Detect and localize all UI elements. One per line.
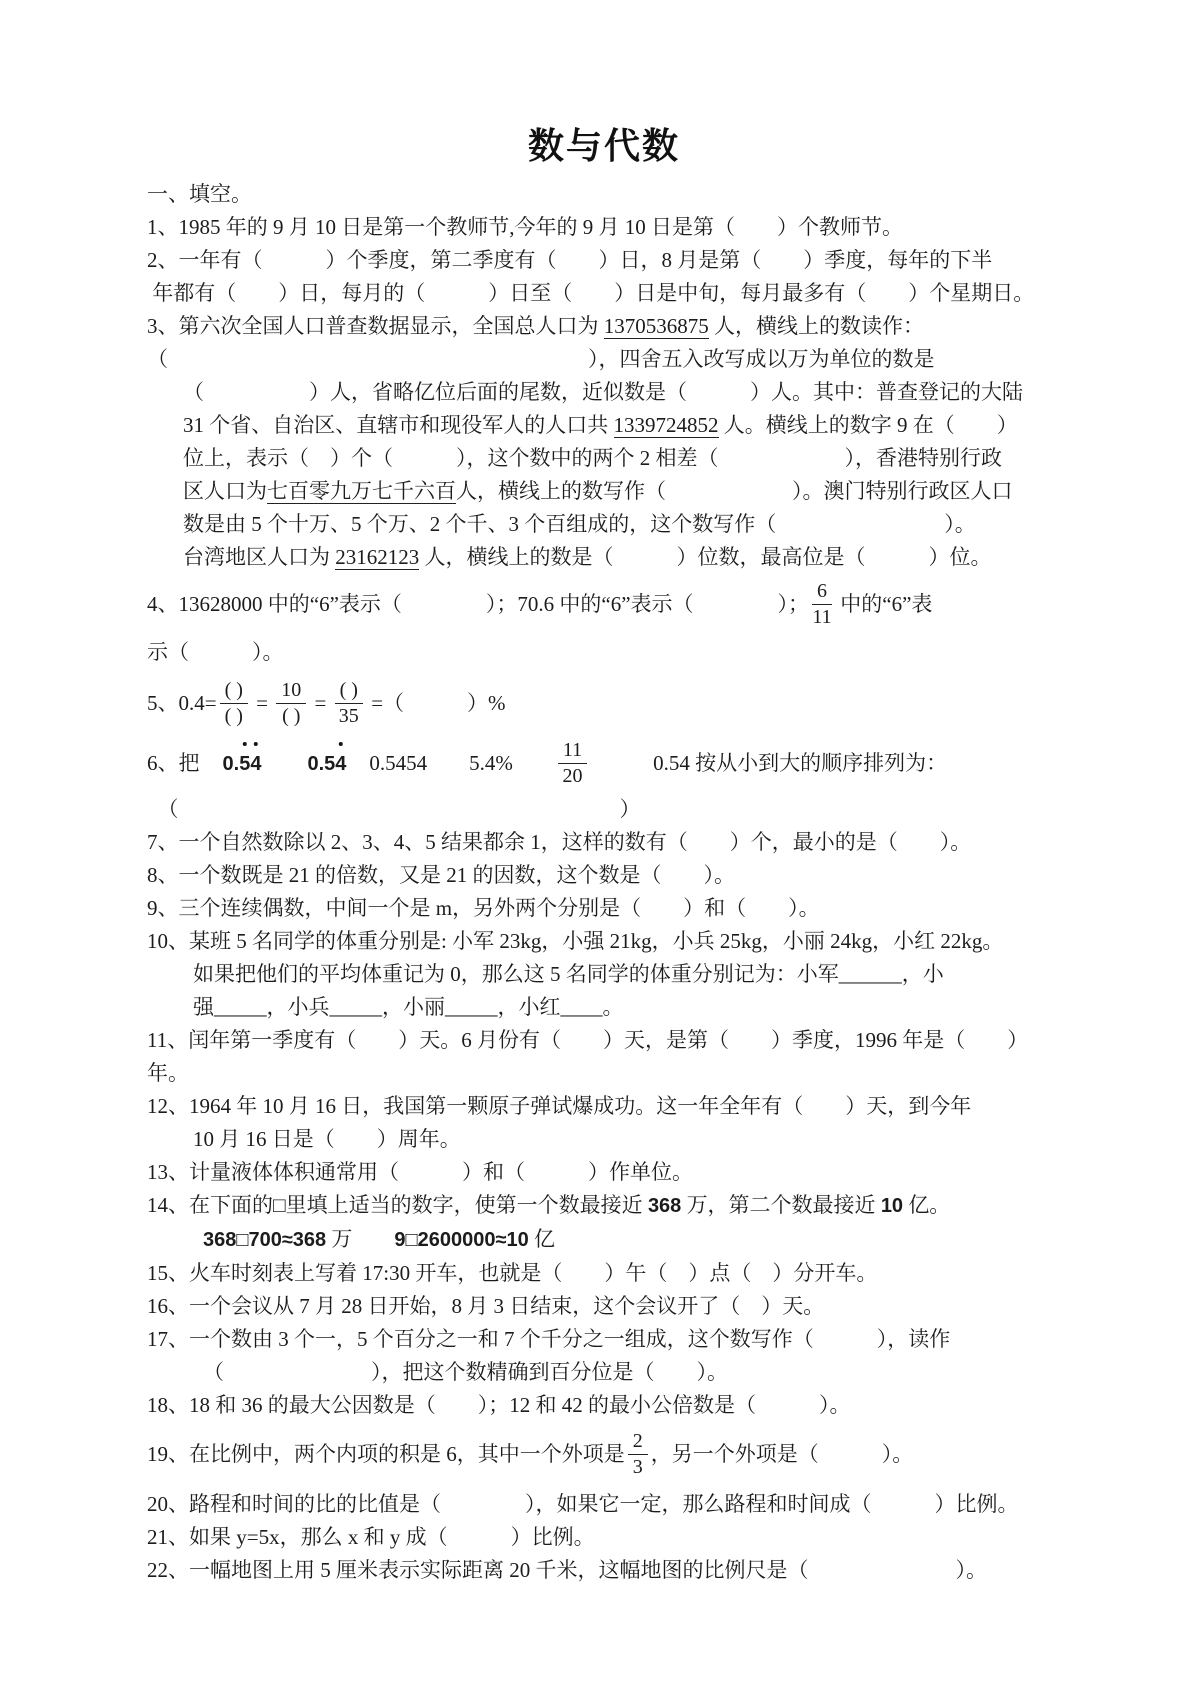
text-run: 6、把 — [147, 751, 221, 775]
text-run: 22、一幅地图上用 5 厘米表示实际距离 20 千米，这幅地图的比例尺是（ ）。 — [147, 1558, 987, 1582]
line-q17b: （ ），把这个数精确到百分位是（ ）。 — [203, 1356, 1061, 1389]
digit: 4 — [250, 748, 261, 781]
underlined-number: 1370536875 — [604, 314, 709, 339]
text-run: 万，第二个数最接近 — [681, 1193, 881, 1217]
line-q3f: 区人口为七百零九万七千六百人，横线上的数写作（ ）。澳门特别行政区人口 — [183, 475, 1061, 508]
fraction-numerator: ( ) — [220, 679, 248, 704]
line-q8: 8、一个数既是 21 的倍数，又是 21 的因数，这个数是（ ）。 — [147, 859, 1061, 892]
fraction-numerator: ( ) — [335, 679, 363, 704]
line-q11a: 11、闰年第一季度有（ ）天。6 月份有（ ）天，是第（ ）季度，1996 年是… — [147, 1024, 1061, 1057]
underlined-number: 1339724852 — [614, 413, 719, 438]
line-q21: 21、如果 y=5x，那么 x 和 y 成（ ）比例。 — [147, 1521, 1061, 1554]
text-run: = — [309, 691, 331, 715]
line-q17a: 17、一个数由 3 个一，5 个百分之一和 7 个千分之一组成，这个数写作（ ）… — [147, 1323, 1061, 1356]
page-title: 数与代数 — [147, 122, 1061, 170]
text-run: 15、火车时刻表上写着 17:30 开车，也就是（ ）午（ ）点（ ）分开车。 — [147, 1261, 877, 1285]
fraction-numerator: 6 — [812, 580, 832, 605]
fraction: 1120 — [558, 739, 587, 787]
text-run: 11、闰年第一季度有（ ）天。6 月份有（ ）天，是第（ ）季度，1996 年是… — [147, 1028, 1028, 1052]
text-run: 2、一年有（ ）个季度，第二季度有（ ）日，8 月是第（ ）季度，每年的下半 — [147, 248, 992, 272]
repeating-decimal: 0.54 — [223, 748, 262, 781]
digit: 4 — [335, 748, 346, 781]
line-q20: 20、路程和时间的比的比值是（ ），如果它一定，那么路程和时间成（ ）比例。 — [147, 1488, 1061, 1521]
text-run: 数是由 5 个十万、5 个万、2 个千、3 个百组成的，这个数写作（ ）。 — [183, 512, 976, 536]
questions-body: 1、1985 年的 9 月 10 日是第一个教师节,今年的 9 月 10 日是第… — [147, 211, 1061, 1587]
fraction: 10( ) — [276, 679, 306, 727]
text-run: 18、18 和 36 的最大公因数是（ ）；12 和 42 的最小公倍数是（ ）… — [147, 1393, 851, 1417]
line-q12a: 12、1964 年 10 月 16 日，我国第一颗原子弹试爆成功。这一年全年有（… — [147, 1090, 1061, 1123]
text-run: 人，横线上的数读作： — [709, 314, 924, 338]
text-run: 14、在下面的□里填上适当的数字，使第一个数最接近 — [147, 1193, 648, 1217]
section-heading: 一、填空。 — [147, 178, 1061, 211]
fraction-denominator: 3 — [633, 1455, 643, 1478]
text-run: 19、在比例中，两个内项的积是 6，其中一个外项是 — [147, 1442, 625, 1466]
text-run: 12、1964 年 10 月 16 日，我国第一颗原子弹试爆成功。这一年全年有（… — [147, 1094, 971, 1118]
line-q22: 22、一幅地图上用 5 厘米表示实际距离 20 千米，这幅地图的比例尺是（ ）。 — [147, 1554, 1061, 1587]
digit: 5 — [239, 748, 250, 781]
underlined-number: 七百零九万七千六百 — [267, 479, 456, 504]
text-run: 21、如果 y=5x，那么 x 和 y 成（ ）比例。 — [147, 1525, 595, 1549]
line-q14b: 368□700≈368 万 9□2600000≈10 亿 — [203, 1223, 1061, 1257]
line-q3d: 31 个省、自治区、直辖市和现役军人的人口共 1339724852 人。横线上的… — [183, 409, 1061, 442]
line-q2a: 2、一年有（ ）个季度，第二季度有（ ）日，8 月是第（ ）季度，每年的下半 — [147, 244, 1061, 277]
line-q10c: 强_____，小兵_____，小丽_____，小红____。 — [193, 991, 1061, 1024]
text-run: 31 个省、自治区、直辖市和现役军人的人口共 — [183, 413, 614, 437]
line-q12b: 10 月 16 日是（ ）周年。 — [193, 1123, 1061, 1156]
fraction: 23 — [628, 1430, 648, 1478]
text-run: 位上，表示（ ）个（ ），这个数中的两个 2 相差（ ），香港特别行政 — [183, 446, 1002, 470]
text-run: 万 — [326, 1227, 394, 1251]
bold-number: 9□2600000≈10 — [394, 1229, 528, 1251]
line-q14a: 14、在下面的□里填上适当的数字，使第一个数最接近 368 万，第二个数最接近 … — [147, 1189, 1061, 1223]
text-run: 5、0.4= — [147, 691, 217, 715]
bold-number: 10 — [881, 1195, 903, 1217]
text-run: 7、一个自然数除以 2、3、4、5 结果都余 1，这样的数有（ ）个，最小的是（… — [147, 830, 971, 854]
text-run: （ ）人，省略亿位后面的尾数，近似数是（ ）人。其中：普查登记的大陆 — [183, 380, 1023, 404]
text-run: 17、一个数由 3 个一，5 个百分之一和 7 个千分之一组成，这个数写作（ ）… — [147, 1327, 950, 1351]
fraction-denominator: ( ) — [282, 704, 300, 727]
line-q3b: （ ），四舍五入改写成以万为单位的数是 — [147, 343, 1061, 376]
worksheet-page: 数与代数 一、填空。 1、1985 年的 9 月 10 日是第一个教师节,今年的… — [0, 0, 1191, 1684]
line-q19: 19、在比例中，两个内项的积是 6，其中一个外项是23，另一个外项是（ ）。 — [147, 1432, 1061, 1480]
digit: 5 — [324, 748, 335, 781]
text-run: 如果把他们的平均体重记为 0，那么这 5 名同学的体重分别记为：小军______… — [193, 962, 944, 986]
line-q1: 1、1985 年的 9 月 10 日是第一个教师节,今年的 9 月 10 日是第… — [147, 211, 1061, 244]
line-q15: 15、火车时刻表上写着 17:30 开车，也就是（ ）午（ ）点（ ）分开车。 — [147, 1257, 1061, 1290]
fraction-denominator: 20 — [563, 764, 583, 787]
fraction-denominator: ( ) — [225, 704, 243, 727]
fraction: 611 — [812, 580, 832, 628]
text-run: 20、路程和时间的比的比值是（ ），如果它一定，那么路程和时间成（ ）比例。 — [147, 1492, 1019, 1516]
text-run: 0.5454 5.4% — [348, 751, 555, 775]
fraction-numerator: 10 — [276, 679, 306, 704]
text-run: 16、一个会议从 7 月 28 日开始，8 月 3 日结束，这个会议开了（ ）天… — [147, 1294, 824, 1318]
line-q16: 16、一个会议从 7 月 28 日开始，8 月 3 日结束，这个会议开了（ ）天… — [147, 1290, 1061, 1323]
text-run: 10、某班 5 名同学的体重分别是: 小军 23kg，小强 21kg，小兵 25… — [147, 929, 1003, 953]
fraction-denominator: 35 — [339, 704, 359, 727]
underlined-number: 23162123 — [335, 545, 419, 570]
digit: 0 — [223, 748, 234, 781]
text-run — [263, 751, 305, 775]
text-run: 亿。 — [903, 1193, 950, 1217]
line-q7: 7、一个自然数除以 2、3、4、5 结果都余 1，这样的数有（ ）个，最小的是（… — [147, 826, 1061, 859]
line-q6a: 6、把 0.54 0.54 0.5454 5.4% 1120 0.54 按从小到… — [147, 741, 1061, 789]
line-q6b: （ ） — [147, 793, 1061, 826]
text-run: 8、一个数既是 21 的倍数，又是 21 的因数，这个数是（ ）。 — [147, 863, 735, 887]
fraction: ( )35 — [335, 679, 363, 727]
fraction: ( )( ) — [220, 679, 248, 727]
text-run: 人，横线上的数写作（ ）。澳门特别行政区人口 — [456, 479, 1013, 503]
text-run: ，另一个外项是（ ）。 — [651, 1442, 914, 1466]
text-run: 1、1985 年的 9 月 10 日是第一个教师节,今年的 9 月 10 日是第… — [147, 215, 903, 239]
text-run: （ ），四舍五入改写成以万为单位的数是 — [147, 347, 935, 371]
text-run: 3、第六次全国人口普查数据显示，全国总人口为 — [147, 314, 604, 338]
text-run: 年。 — [147, 1061, 189, 1085]
text-run: 区人口为 — [183, 479, 267, 503]
line-q3e: 位上，表示（ ）个（ ），这个数中的两个 2 相差（ ），香港特别行政 — [183, 442, 1061, 475]
repeating-decimal: 0.54 — [307, 748, 346, 781]
text-run: = — [251, 691, 273, 715]
line-q5: 5、0.4=( )( ) = 10( ) = ( )35 =（ ）% — [147, 681, 1061, 729]
line-q3a: 3、第六次全国人口普查数据显示，全国总人口为 1370536875 人，横线上的… — [147, 310, 1061, 343]
line-q11b: 年。 — [147, 1057, 1061, 1090]
text-run: 强_____，小兵_____，小丽_____，小红____。 — [193, 995, 624, 1019]
digit: 0 — [307, 748, 318, 781]
line-q10b: 如果把他们的平均体重记为 0，那么这 5 名同学的体重分别记为：小军______… — [193, 958, 1061, 991]
text-run: 0.54 按从小到大的顺序排列为： — [590, 751, 947, 775]
line-q2b: 年都有（ ）日，每月的（ ）日至（ ）日是中旬，每月最多有（ ）个星期日。 — [147, 277, 1061, 310]
line-q9: 9、三个连续偶数，中间一个是 m，另外两个分别是（ ）和（ ）。 — [147, 892, 1061, 925]
text-run: 10 月 16 日是（ ）周年。 — [193, 1127, 461, 1151]
line-q4b: 示（ ）。 — [147, 636, 1061, 669]
text-run: 中的“6”表 — [835, 592, 932, 616]
text-run: 9、三个连续偶数，中间一个是 m，另外两个分别是（ ）和（ ）。 — [147, 896, 820, 920]
fraction-numerator: 11 — [558, 739, 587, 764]
fraction-denominator: 11 — [812, 605, 831, 628]
text-run: （ ） — [147, 797, 641, 821]
text-run: （ ），把这个数精确到百分位是（ ）。 — [203, 1360, 728, 1384]
line-q3h: 台湾地区人口为 23162123 人，横线上的数是（ ）位数，最高位是（ ）位。 — [183, 541, 1061, 574]
text-run: 年都有（ ）日，每月的（ ）日至（ ）日是中旬，每月最多有（ ）个星期日。 — [147, 281, 1034, 305]
line-q18: 18、18 和 36 的最大公因数是（ ）；12 和 42 的最小公倍数是（ ）… — [147, 1389, 1061, 1422]
line-q3c: （ ）人，省略亿位后面的尾数，近似数是（ ）人。其中：普查登记的大陆 — [183, 376, 1061, 409]
text-run: =（ ）% — [366, 691, 506, 715]
fraction-numerator: 2 — [628, 1430, 648, 1455]
text-run: 人。横线上的数字 9 在（ ） — [719, 413, 1018, 437]
text-run: 4、13628000 中的“6”表示（ ）；70.6 中的“6”表示（ ）； — [147, 592, 809, 616]
bold-number: 368 — [648, 1195, 681, 1217]
line-q3g: 数是由 5 个十万、5 个万、2 个千、3 个百组成的，这个数写作（ ）。 — [183, 508, 1061, 541]
text-run: 亿 — [529, 1227, 555, 1251]
text-run: 台湾地区人口为 — [183, 545, 335, 569]
text-run: 示（ ）。 — [147, 640, 284, 664]
line-q10a: 10、某班 5 名同学的体重分别是: 小军 23kg，小强 21kg，小兵 25… — [147, 925, 1061, 958]
text-run: 13、计量液体体积通常用（ ）和（ ）作单位。 — [147, 1160, 693, 1184]
line-q13: 13、计量液体体积通常用（ ）和（ ）作单位。 — [147, 1156, 1061, 1189]
text-run: 人，横线上的数是（ ）位数，最高位是（ ）位。 — [419, 545, 991, 569]
line-q4a: 4、13628000 中的“6”表示（ ）；70.6 中的“6”表示（ ）；61… — [147, 582, 1061, 630]
bold-number: 368□700≈368 — [203, 1229, 326, 1251]
